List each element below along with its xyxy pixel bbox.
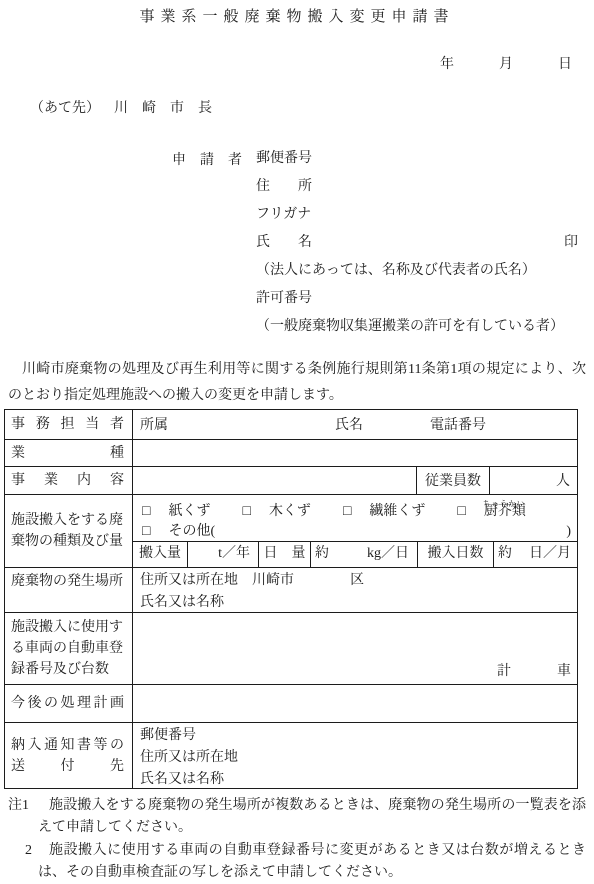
date-line: 年 月 日 [0, 53, 594, 73]
vehicle-field: 計 車 [133, 613, 577, 684]
row-label-business-detail: 事業内容 [5, 467, 133, 494]
table-row-business-type: 業種 [5, 439, 577, 466]
applicant-name-line: 氏 名 印 [256, 233, 578, 261]
applicant-permit-label: 許可番号 [256, 289, 578, 317]
waste-type-fiber: □繊維くず [343, 502, 425, 522]
row-label-waste: 施設搬入をする廃棄物の種類及び量 [5, 495, 133, 567]
days-approx-label: 約 [498, 542, 512, 567]
other-waste-close-paren: ) [566, 522, 571, 542]
vehicle-total-unit: 車 [557, 662, 571, 682]
waste-type-paper: □紙くず [142, 502, 210, 522]
seal-label: 印 [564, 233, 578, 261]
carry-days-cell: 約 日／月 [493, 542, 577, 567]
fiber-waste-label: 繊維くず [369, 502, 425, 522]
footnote-1-marker: 注1 [8, 795, 29, 817]
addressee-line: （あて先）川 崎 市 長 [0, 97, 594, 117]
applicant-permit-note: （一般廃棄物収集運搬業の許可を有している者） [256, 317, 578, 345]
staff-fields: 所属 氏名 電話番号 [133, 410, 577, 439]
checkbox-paper-waste[interactable]: □ [142, 502, 150, 522]
applicant-corporate-note: （法人にあっては、名称及び代表者の氏名） [256, 261, 578, 289]
kitchen-waste-furigana: ちゅうかい [483, 494, 526, 514]
applicant-postal-label: 郵便番号 [256, 149, 578, 177]
vehicle-total-line: 計 車 [497, 662, 571, 682]
page-title: 事業系一般廃棄物搬入変更申請書 [0, 0, 594, 26]
notice-postal-label: 郵便番号 [140, 725, 577, 747]
application-table: 事務担当者 所属 氏名 電話番号 業種 事業内容 従業員数 人 [4, 409, 578, 789]
footnote-2-marker: 2 [25, 840, 32, 862]
applicant-address-label: 住 所 [256, 177, 578, 205]
applicant-label: 申 請 者 [172, 149, 256, 345]
table-row-waste: 施設搬入をする廃棄物の種類及び量 □紙くず □木くず □繊維くず □ちゅうかい厨… [5, 494, 577, 567]
table-row-staff: 事務担当者 所属 氏名 電話番号 [5, 410, 577, 439]
staff-phone-label: 電話番号 [430, 414, 486, 439]
applicant-block: 申 請 者 郵便番号 住 所 フリガナ 氏 名 印 （法人にあっては、名称及び代… [172, 149, 594, 345]
footnote-2: 2 施設搬入に使用する車両の自動車登録番号に変更があるとき又は台数が増えるときは… [8, 840, 586, 884]
staff-name-label: 氏名 [335, 414, 430, 439]
plan-field [133, 685, 577, 722]
row-label-plan: 今後の処理計画 [5, 685, 133, 722]
paper-waste-label: 紙くず [168, 502, 210, 522]
row-label-vehicle: 施設搬入に使用する車両の自動車登録番号及び台数 [5, 613, 133, 684]
wood-waste-label: 木くず [269, 502, 311, 522]
carry-days-label: 搬入日数 [417, 542, 493, 567]
footnote-1: 注1 施設搬入をする廃棄物の発生場所が複数あるときは、廃棄物の発生場所の一覧表を… [8, 795, 586, 839]
table-row-origin: 廃棄物の発生場所 住所又は所在地 川崎市 区 氏名又は名称 [5, 567, 577, 612]
footnote-1-text: 施設搬入をする廃棄物の発生場所が複数あるときは、廃棄物の発生場所の一覧表を添えて… [38, 795, 586, 839]
table-row-notice: 納入通知書等の 送付先 郵便番号 住所又は所在地 氏名又は名称 [5, 722, 577, 788]
waste-type-wood: □木くず [242, 502, 310, 522]
notice-name-label: 氏名又は名称 [140, 769, 577, 791]
application-form-page: 事業系一般廃棄物搬入変更申請書 年 月 日 （あて先）川 崎 市 長 申 請 者… [0, 0, 594, 872]
other-waste-label: その他( [168, 522, 215, 542]
row-label-staff: 事務担当者 [5, 410, 133, 439]
table-row-plan: 今後の処理計画 [5, 684, 577, 722]
waste-type-kitchen: □ちゅうかい厨芥類 [457, 502, 525, 522]
footnote-2-text: 施設搬入に使用する車両の自動車登録番号に変更があるとき又は台数が増えるときは、そ… [38, 840, 586, 884]
amount-label: 搬入量 [133, 542, 187, 567]
row-label-origin: 廃棄物の発生場所 [5, 568, 133, 612]
amount-unit-year: t／年 [187, 542, 258, 567]
days-unit-label: 日／月 [529, 542, 571, 567]
origin-address-line: 住所又は所在地 川崎市 区 [140, 570, 577, 592]
date-month-label: 月 [499, 53, 513, 73]
kitchen-waste-label: ちゅうかい厨芥 [484, 502, 512, 522]
footnotes: 注1 施設搬入をする廃棄物の発生場所が複数あるときは、廃棄物の発生場所の一覧表を… [8, 795, 586, 884]
origin-name-line: 氏名又は名称 [140, 592, 577, 614]
vehicle-total-label: 計 [497, 662, 511, 682]
addressee-name: 川 崎 市 長 [114, 101, 212, 116]
daily-amount-cell: 約 kg／日 [310, 542, 417, 567]
applicant-furigana-label: フリガナ [256, 205, 578, 233]
notice-address-label: 住所又は所在地 [140, 747, 577, 769]
business-detail-field [133, 467, 416, 494]
daily-amount-label: 日 量 [258, 542, 310, 567]
checkbox-wood-waste[interactable]: □ [242, 502, 250, 522]
waste-type-checkboxes: □紙くず □木くず □繊維くず □ちゅうかい厨芥類 □その他( ) [133, 495, 577, 541]
staff-affiliation-label: 所属 [140, 414, 335, 439]
employees-unit-label: 人 [489, 467, 577, 494]
table-row-business-detail: 事業内容 従業員数 人 [5, 466, 577, 494]
waste-amount-row: 搬入量 t／年 日 量 約 kg／日 搬入日数 約 日／月 [133, 541, 577, 567]
business-type-field [133, 440, 577, 466]
checkbox-kitchen-waste[interactable]: □ [457, 502, 465, 522]
employees-label: 従業員数 [416, 467, 489, 494]
daily-unit-label: kg／日 [367, 542, 409, 567]
intro-paragraph: 川崎市廃棄物の処理及び再生利用等に関する条例施行規則第11条第1項の規定により、… [8, 357, 586, 409]
daily-approx-label: 約 [315, 542, 329, 567]
checkbox-fiber-waste[interactable]: □ [343, 502, 351, 522]
row-label-business-type: 業種 [5, 440, 133, 466]
table-row-vehicle: 施設搬入に使用する車両の自動車登録番号及び台数 計 車 [5, 612, 577, 684]
date-day-label: 日 [558, 53, 572, 73]
addressee-prefix: （あて先） [30, 101, 100, 116]
date-year-label: 年 [440, 53, 454, 73]
checkbox-other-waste[interactable]: □ [142, 522, 150, 542]
waste-type-other: □その他( [142, 522, 215, 542]
applicant-name-label: 氏 名 [256, 233, 312, 261]
row-label-notice: 納入通知書等の 送付先 [5, 723, 133, 788]
